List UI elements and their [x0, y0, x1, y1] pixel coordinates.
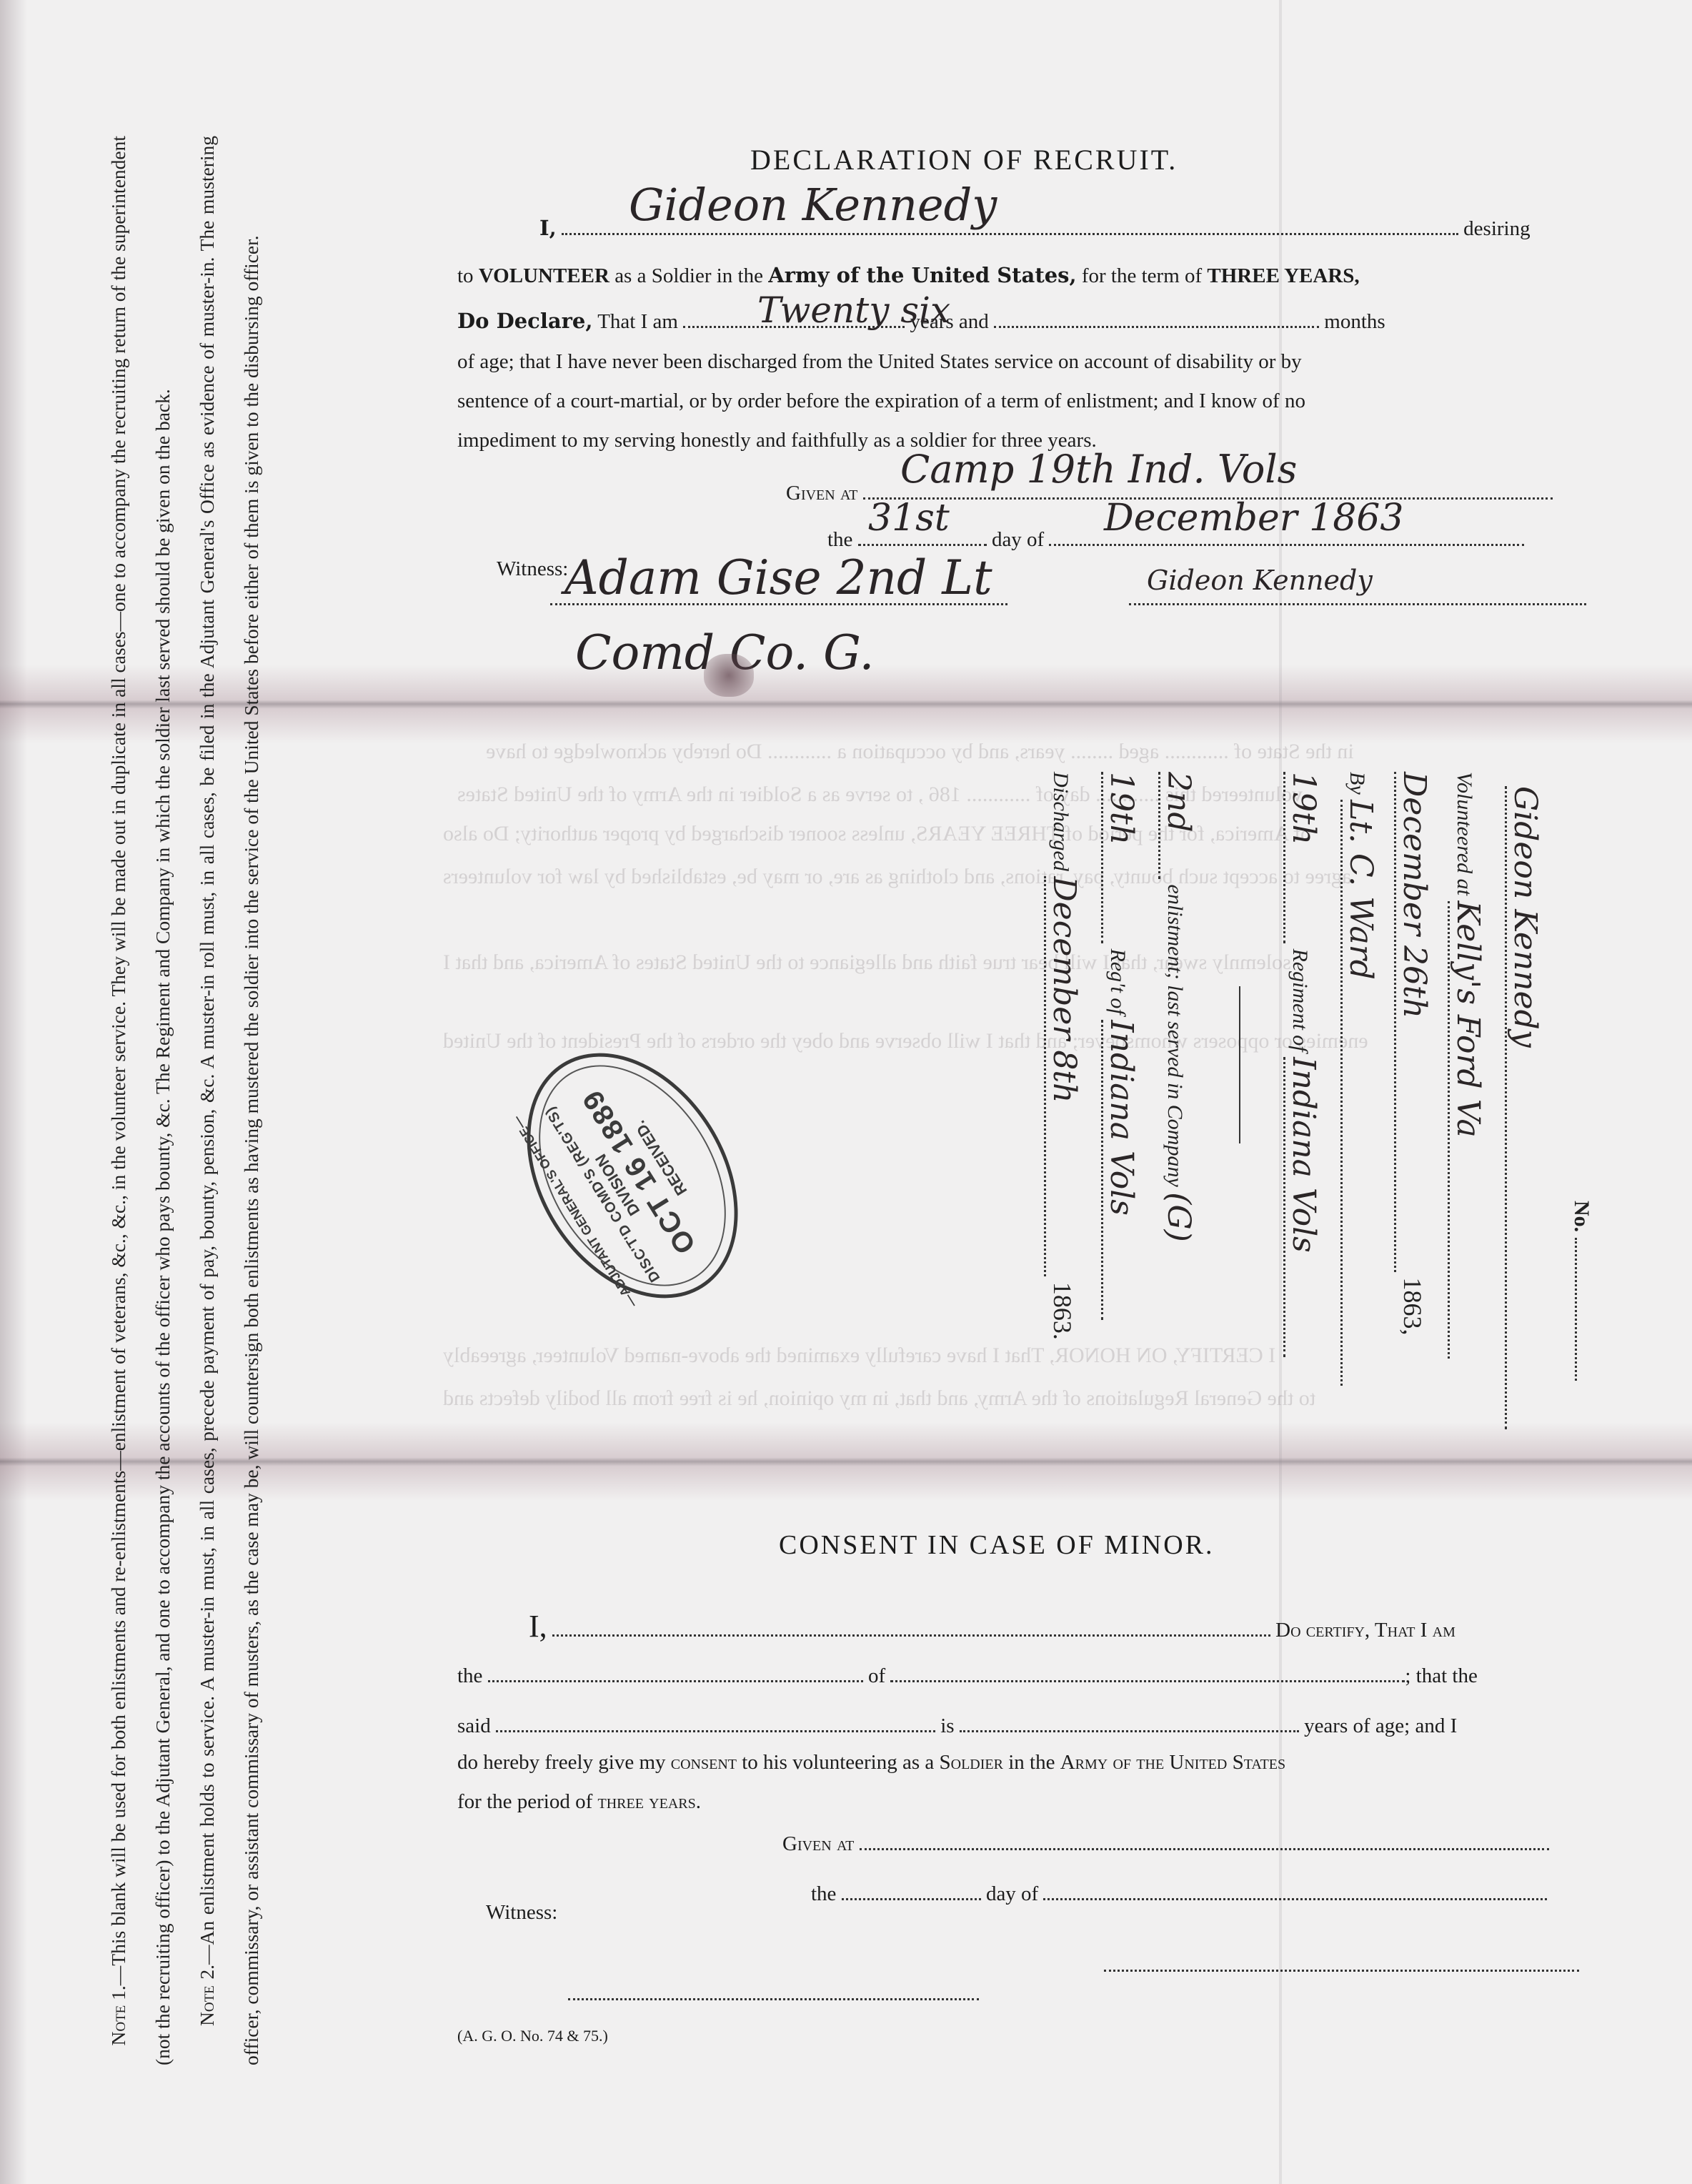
enlistment-number: 2nd — [1158, 772, 1197, 879]
regt-number: 19th — [1101, 772, 1140, 943]
bleed-through-text: in the State of ............ aged ......… — [486, 740, 1354, 764]
volunteered-date-row: December 26th 1863, — [1394, 772, 1433, 1336]
declaration-body-1: of age; that I have never been discharge… — [457, 350, 1302, 374]
discharged-value: December 8th — [1044, 876, 1083, 1276]
consent-age-line: said is years of age; and I — [457, 1712, 1457, 1738]
endorsement-name-row: Gideon Kennedy — [1505, 786, 1543, 1429]
endorsement-name: Gideon Kennedy — [1505, 786, 1543, 1429]
volunteered-at-value: Kelly's Ford Va — [1448, 901, 1486, 1359]
consent-relation-line: the of ; that the — [457, 1662, 1478, 1688]
form-reference: (A. G. O. No. 74 & 75.) — [457, 2027, 608, 2045]
recruit-signature: Gideon Kennedy — [1147, 565, 1373, 596]
consent-witness-label: Witness: — [486, 1901, 557, 1925]
consent-name-line: I, Do certify, That I am — [529, 1608, 1455, 1644]
margin-notes: Note 1.—This blank will be used for both… — [96, 136, 368, 2065]
consent-month-field[interactable] — [1043, 1880, 1547, 1900]
given-at-handwritten: Camp 19th Ind. Vols — [900, 447, 1297, 492]
received-stamp: —ADJUTANT GENERAL'S OFFICE— DISC'T'D COM… — [484, 1014, 782, 1337]
endorsement-panel: No. Gideon Kennedy Volunteered at Kelly'… — [779, 772, 1593, 1401]
consent-signature-field[interactable] — [1104, 1951, 1579, 1972]
consent-title: CONSENT IN CASE OF MINOR. — [779, 1529, 1215, 1561]
consent-body-1: do hereby freely give my consent to his … — [457, 1751, 1285, 1774]
number-field[interactable] — [1575, 1238, 1577, 1381]
blank-rule — [1233, 986, 1258, 1143]
consent-given-at-line: Given at — [782, 1830, 1549, 1856]
consent-witness-field[interactable] — [568, 1980, 979, 2000]
relation-field[interactable] — [488, 1662, 863, 1682]
declaration-body-2: sentence of a court-martial, or by order… — [457, 389, 1305, 413]
regiment-row: 19th Regiment of Indiana Vols — [1283, 772, 1322, 1357]
enlistment-row: 2nd enlistment; last served in Company (… — [1158, 772, 1197, 1242]
endorsement-number: No. — [1569, 1201, 1593, 1381]
by-value: Lt. C. Ward — [1340, 800, 1379, 1386]
volunteer-line: to VOLUNTEER as a Soldier in the Army of… — [457, 263, 1360, 288]
regiment-state: Indiana Vols — [1283, 1057, 1322, 1357]
witness-label: Witness: — [497, 557, 568, 581]
age-years-handwritten: Twenty six — [757, 289, 950, 331]
month-year-handwritten: December 1863 — [1104, 497, 1403, 540]
declaration-title: DECLARATION OF RECRUIT. — [750, 143, 1178, 177]
regiment-number: 19th — [1283, 772, 1322, 943]
consent-name-field[interactable] — [552, 1616, 1270, 1637]
volunteered-date-value: December 26th — [1394, 772, 1433, 1272]
discharged-row: Discharged December 8th 1863. — [1044, 772, 1083, 1340]
minor-name-field[interactable] — [890, 1662, 1405, 1682]
regt-state: Indiana Vols — [1101, 1020, 1140, 1320]
witness-signature: Adam Gise 2nd Lt — [564, 550, 992, 605]
consent-date-line: the day of — [811, 1880, 1547, 1906]
consent-day-field[interactable] — [842, 1880, 981, 1900]
scan-edge-shadow — [0, 0, 27, 2184]
minor-age-field[interactable] — [960, 1712, 1299, 1732]
regt-row: 19th Reg't of Indiana Vols — [1101, 772, 1140, 1320]
said-field[interactable] — [496, 1712, 935, 1732]
document-page: in the State of ............ aged ......… — [0, 0, 1692, 2184]
consent-given-at-field[interactable] — [860, 1830, 1549, 1850]
note-2: Note 2.—An enlistment holds to service. … — [185, 136, 274, 2065]
day-handwritten: 31st — [868, 497, 950, 540]
note-1: Note 1.—This blank will be used for both… — [96, 136, 185, 2065]
recruit-name-handwritten: Gideon Kennedy — [629, 179, 997, 231]
consent-body-2: for the period of three years. — [457, 1790, 701, 1814]
by-row: By Lt. C. Ward — [1340, 772, 1379, 1386]
volunteered-at-row: Volunteered at Kelly's Ford Va — [1448, 772, 1486, 1359]
company-value: (G) — [1160, 1192, 1197, 1241]
age-months-field[interactable] — [994, 307, 1319, 328]
ink-blot — [704, 654, 754, 697]
